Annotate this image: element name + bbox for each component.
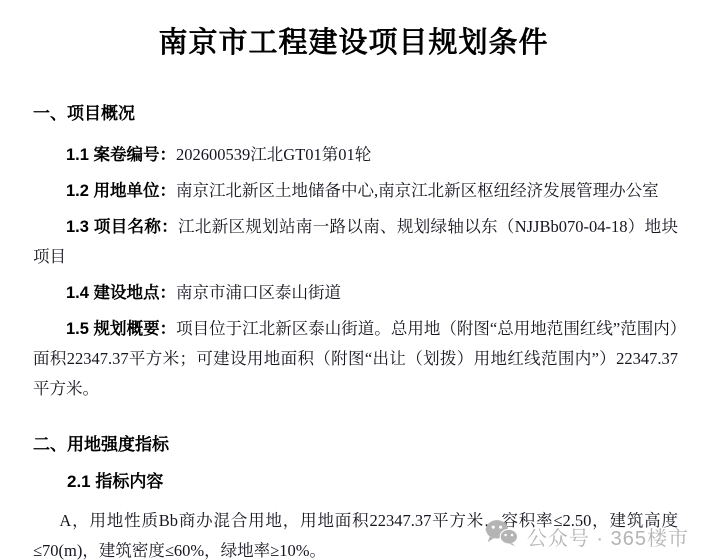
document-title: 南京市工程建设项目规划条件	[30, 20, 677, 61]
item-planning-summary: 1.5 规划概要：项目位于江北新区泰山街道。总用地（附图“总用地范围红线”范围内…	[33, 314, 678, 404]
item-land-use-unit-label: 1.2 用地单位：	[66, 182, 176, 200]
document-page: 南京市工程建设项目规划条件 一、项目概况 1.1 案卷编号：202600539江…	[0, 0, 707, 560]
item-case-number-label: 1.1 案卷编号：	[66, 146, 176, 164]
item-case-number: 1.1 案卷编号：202600539江北GT01第01轮	[33, 140, 678, 170]
section-1-heading: 一、项目概况	[33, 99, 675, 124]
item-land-use-unit: 1.2 用地单位：南京江北新区土地储备中心,南京江北新区枢纽经济发展管理办公室	[33, 176, 678, 206]
item-planning-summary-label: 1.5 规划概要：	[66, 320, 176, 338]
item-land-use-unit-value: 南京江北新区土地储备中心,南京江北新区枢纽经济发展管理办公室	[176, 181, 659, 200]
item-project-name: 1.3 项目名称：江北新区规划站南一路以南、规划绿轴以东（NJJBb070-04…	[33, 212, 678, 272]
watermark-text: 公众号 · 365楼市	[527, 522, 689, 551]
section-2-subheading: 2.1 指标内容	[33, 467, 675, 492]
item-case-number-value: 202600539江北GT01第01轮	[176, 145, 371, 164]
item-construction-site-label: 1.4 建设地点：	[66, 284, 176, 302]
item-project-name-label: 1.3 项目名称：	[66, 218, 178, 236]
section-2-heading: 二、用地强度指标	[33, 430, 675, 455]
item-construction-site-value: 南京市浦口区泰山街道	[176, 283, 341, 302]
item-construction-site: 1.4 建设地点：南京市浦口区泰山街道	[33, 278, 678, 308]
watermark: 公众号 · 365楼市	[485, 519, 689, 553]
wechat-icon	[485, 519, 518, 553]
